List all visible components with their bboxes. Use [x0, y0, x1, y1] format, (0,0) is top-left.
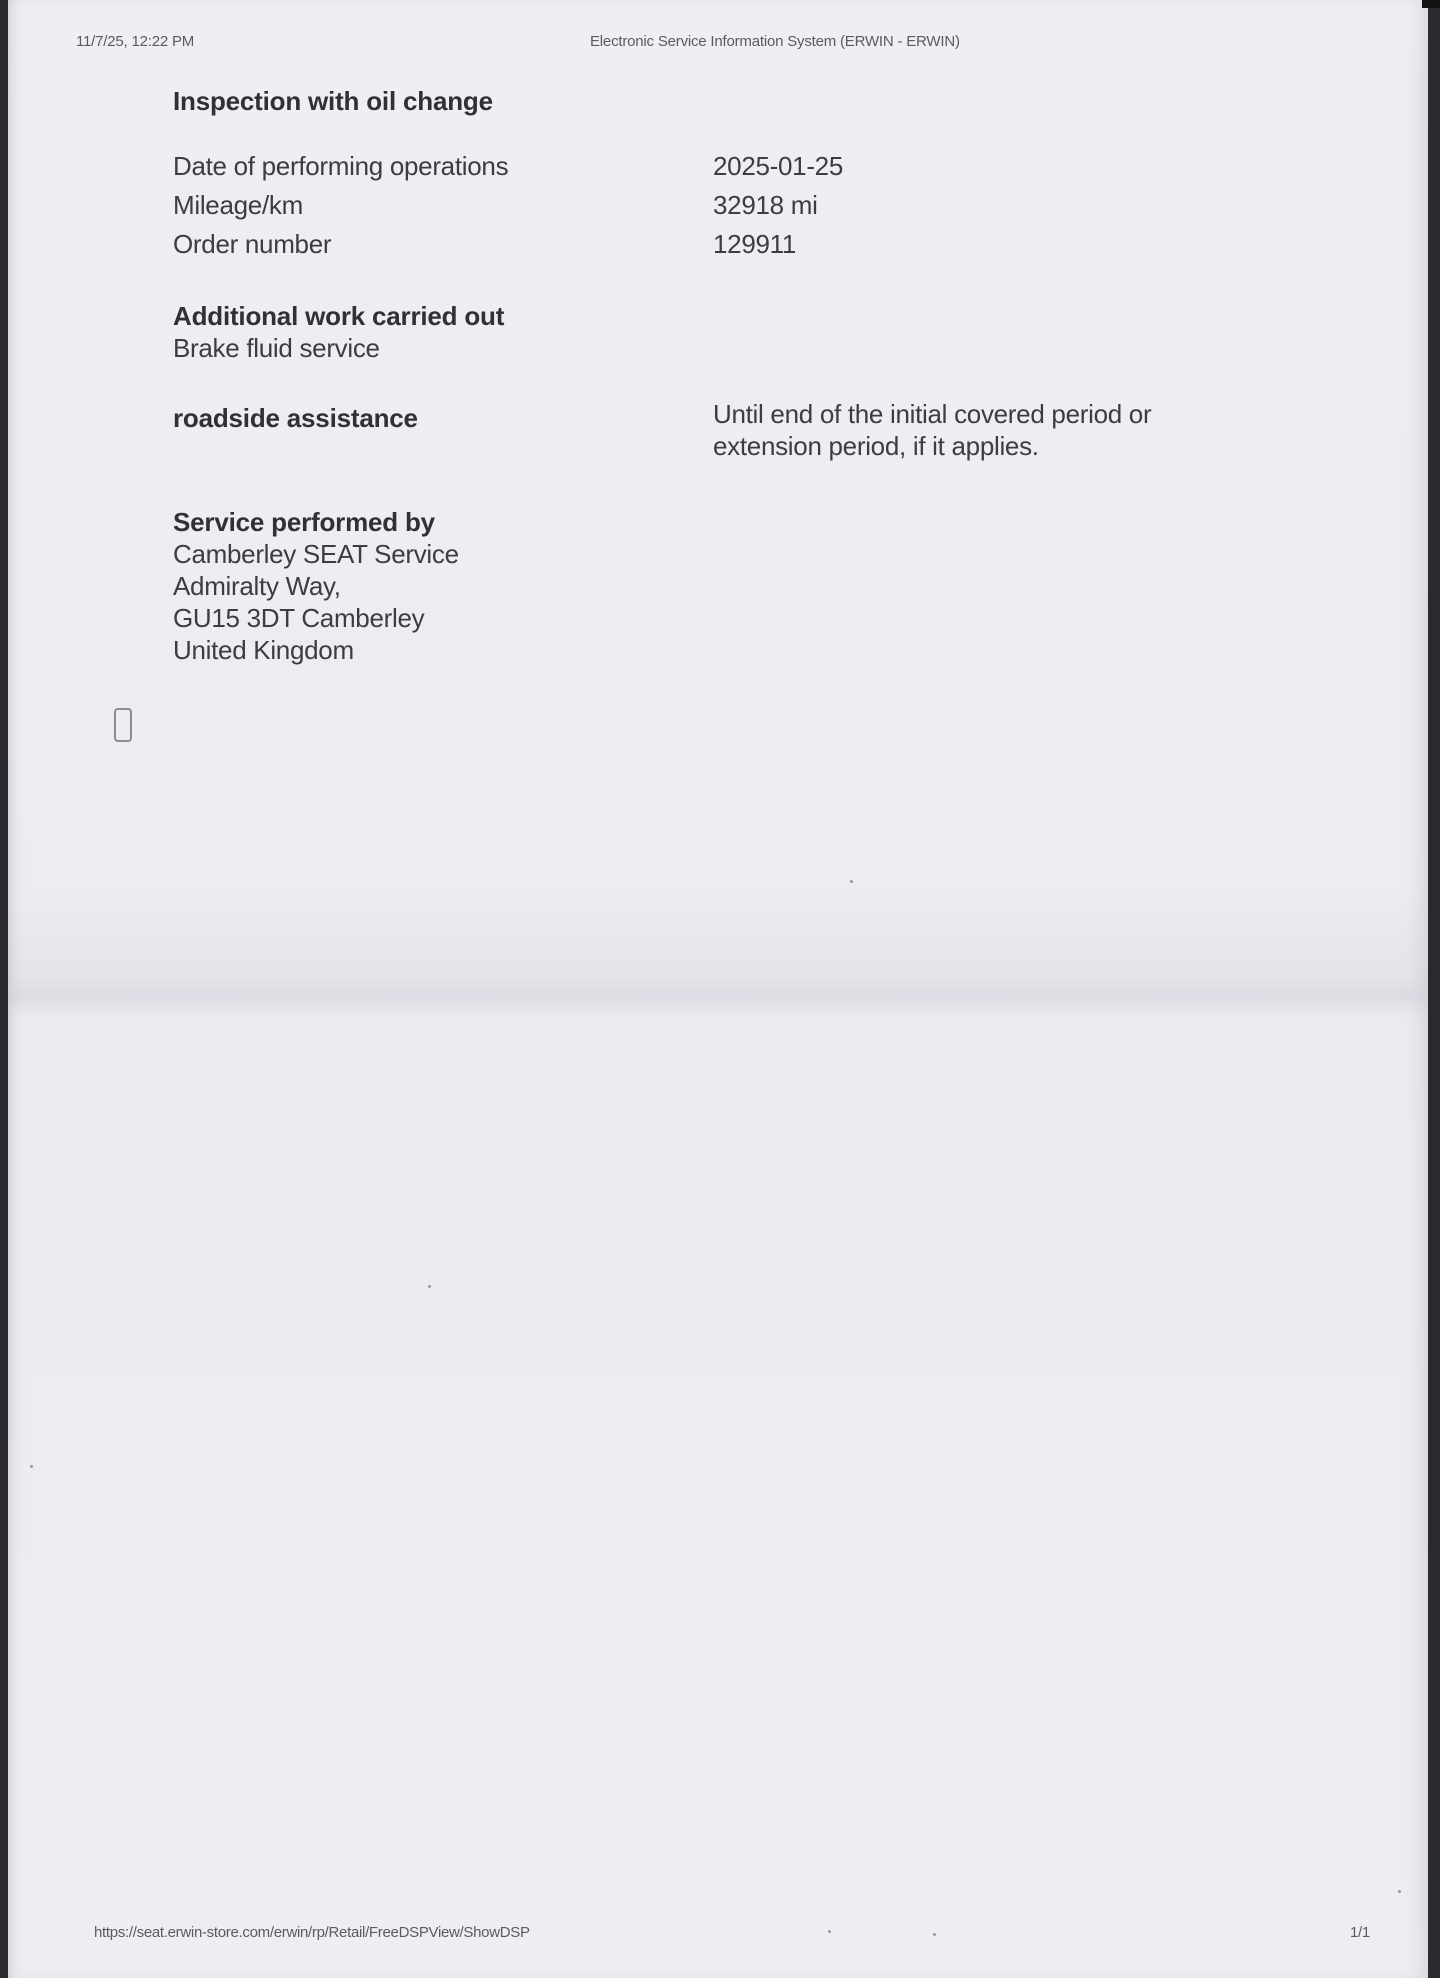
- roadside-assistance-label: roadside assistance: [173, 398, 713, 462]
- roadside-value-line-1: Until end of the initial covered period …: [713, 398, 1233, 430]
- detail-value: 2025-01-25: [713, 151, 1273, 190]
- dealer-postcode-city: GU15 3DT Camberley: [173, 602, 1273, 634]
- document-body: Inspection with oil change Date of perfo…: [173, 86, 1273, 666]
- detail-row-date: Date of performing operations 2025-01-25: [173, 151, 1273, 190]
- detail-row-mileage: Mileage/km 32918 mi: [173, 190, 1273, 229]
- scanned-page: 11/7/25, 12:22 PM Electronic Service Inf…: [8, 0, 1428, 1978]
- detail-label: Mileage/km: [173, 190, 713, 229]
- detail-value: 129911: [713, 229, 1273, 268]
- dealer-street: Admiralty Way,: [173, 570, 1273, 602]
- scan-speck: [1398, 1890, 1401, 1893]
- additional-work-item: Brake fluid service: [173, 332, 1273, 364]
- detail-label: Order number: [173, 229, 713, 268]
- dealer-country: United Kingdom: [173, 634, 1273, 666]
- print-system-title: Electronic Service Information System (E…: [590, 33, 960, 50]
- service-details-table: Date of performing operations 2025-01-25…: [173, 151, 1273, 268]
- scan-speck: [428, 1285, 431, 1288]
- roadside-assistance-section: roadside assistance Until end of the ini…: [173, 398, 1273, 462]
- detail-label: Date of performing operations: [173, 151, 713, 190]
- additional-work-heading: Additional work carried out: [173, 300, 1273, 332]
- roadside-assistance-value: Until end of the initial covered period …: [713, 398, 1233, 462]
- print-url: https://seat.erwin-store.com/erwin/rp/Re…: [94, 1924, 530, 1941]
- document-title: Inspection with oil change: [173, 86, 1273, 117]
- scan-edge: [1422, 0, 1440, 8]
- print-timestamp: 11/7/25, 12:22 PM: [76, 33, 194, 50]
- service-performed-by-heading: Service performed by: [173, 506, 1273, 538]
- page-number: 1/1: [1350, 1924, 1370, 1941]
- scan-speck: [30, 1465, 33, 1468]
- roadside-value-line-2: extension period, if it applies.: [713, 430, 1233, 462]
- scan-speck: [850, 880, 853, 883]
- detail-value: 32918 mi: [713, 190, 1273, 229]
- detail-row-order: Order number 129911: [173, 229, 1273, 268]
- scan-speck: [933, 1933, 936, 1936]
- scan-marker-icon: [114, 708, 132, 742]
- service-performed-by-section: Service performed by Camberley SEAT Serv…: [173, 506, 1273, 666]
- dealer-name: Camberley SEAT Service: [173, 538, 1273, 570]
- additional-work-section: Additional work carried out Brake fluid …: [173, 300, 1273, 364]
- scan-speck: [828, 1930, 831, 1933]
